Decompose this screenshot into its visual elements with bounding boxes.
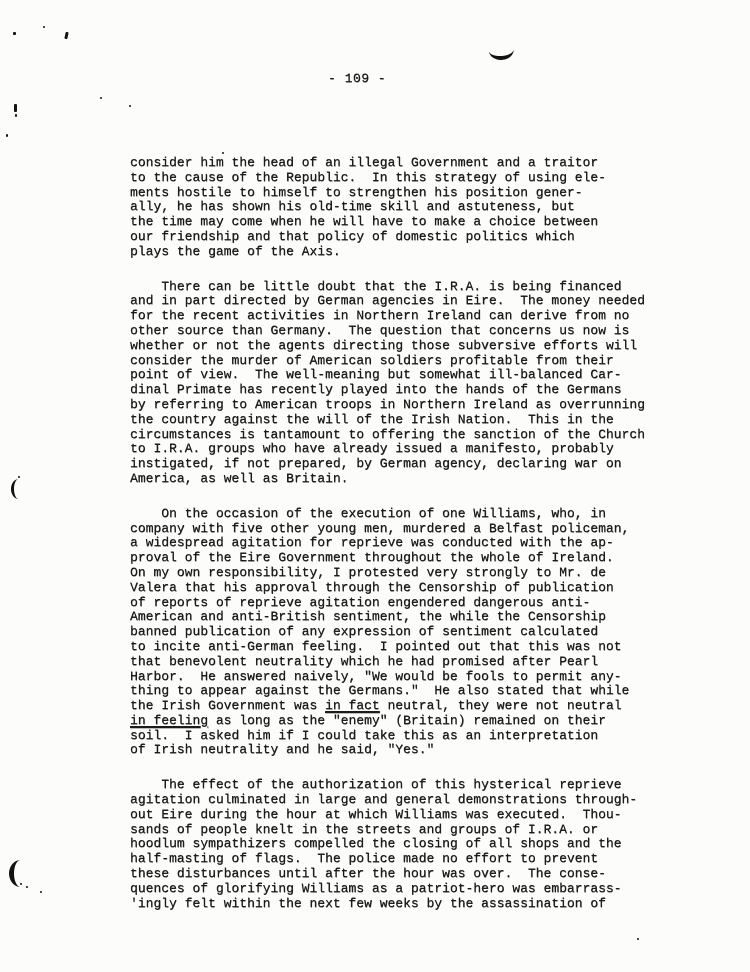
ink-speck [43, 26, 45, 28]
text-line: company with five other young men, murde… [130, 522, 650, 537]
text-line: thing to appear against the Germans." He… [130, 684, 650, 699]
text-line: America, as well as Britain. [130, 472, 650, 487]
text-line: consider the murder of American soldiers… [130, 354, 650, 369]
scanned-document-page: - 109 - consider him the head of an ille… [0, 0, 750, 972]
text-line: our friendship and that policy of domest… [130, 230, 650, 245]
paragraph: The effect of the authorization of this … [130, 778, 650, 911]
ink-speck [222, 152, 224, 154]
text-line: the Irish Government was in fact neutral… [130, 699, 650, 714]
pen-curve-mark [489, 45, 515, 61]
paragraph: On the occasion of the execution of one … [130, 507, 650, 759]
text-line: quences of glorifying Williams as a patr… [130, 882, 650, 897]
text-line: and in part directed by German agencies … [130, 294, 650, 309]
text-line: plays the game of the Axis. [130, 245, 650, 260]
ink-speck [129, 105, 131, 107]
text-line: a widespread agitation for reprieve was … [130, 536, 650, 551]
text-line: for the recent activities in Northern Ir… [130, 309, 650, 324]
text-line: by referring to American troops in North… [130, 398, 650, 413]
ink-speck [637, 938, 639, 940]
text-line: Valera that his approval through the Cen… [130, 581, 650, 596]
ink-speck [13, 32, 16, 35]
text-line: soil. I asked him if I could take this a… [130, 729, 650, 744]
text-line: to incite anti-German feeling. I pointed… [130, 640, 650, 655]
text-line: On the occasion of the execution of one … [130, 507, 650, 522]
ink-speck [20, 883, 22, 885]
text-line: consider him the head of an illegal Gove… [130, 156, 650, 171]
document-body: consider him the head of an illegal Gove… [130, 156, 650, 931]
text-line: dinal Primate has recently played into t… [130, 383, 650, 398]
text-line: hoodlum sympathizers compelled the closi… [130, 837, 650, 852]
text-line: circumstances is tantamount to offering … [130, 428, 650, 443]
ink-smudge [14, 104, 17, 112]
page-number: - 109 - [328, 71, 386, 86]
text-line: of reports of reprieve agitation engende… [130, 596, 650, 611]
ink-speck [26, 886, 28, 888]
text-line: ally, he has shown his old-time skill an… [130, 200, 650, 215]
text-line: out Eire during the hour at which Willia… [130, 808, 650, 823]
text-line: agitation culminated in large and genera… [130, 793, 650, 808]
text-line: the country against the will of the Iris… [130, 413, 650, 428]
text-line: to I.R.A. groups who have already issued… [130, 442, 650, 457]
text-line: American and anti-British sentiment, the… [130, 610, 650, 625]
text-line: proval of the Eire Government throughout… [130, 551, 650, 566]
text-line: of Irish neutrality and he said, "Yes." [130, 743, 650, 758]
text-line: other source than Germany. The question … [130, 324, 650, 339]
paragraph: There can be little doubt that the I.R.A… [130, 280, 650, 487]
text-line: Harbor. He answered naively, "We would b… [130, 670, 650, 685]
margin-paren-mark [9, 860, 27, 887]
paragraph: consider him the head of an illegal Gove… [130, 156, 650, 260]
text-line: There can be little doubt that the I.R.A… [130, 280, 650, 295]
text-line: instigated, if not prepared, by German a… [130, 457, 650, 472]
text-line: ments hostile to himself to strengthen h… [130, 186, 650, 201]
text-line: in feeling as long as the "enemy" (Brita… [130, 714, 650, 729]
text-line: the time may come when he will have to m… [130, 215, 650, 230]
text-line: whether or not the agents directing thos… [130, 339, 650, 354]
text-line: sands of people knelt in the streets and… [130, 823, 650, 838]
ink-speck [40, 891, 42, 893]
text-line: to the cause of the Republic. In this st… [130, 171, 650, 186]
text-line: The effect of the authorization of this … [130, 778, 650, 793]
text-line: On my own responsibility, I protested ve… [130, 566, 650, 581]
ink-speck [6, 134, 8, 137]
margin-paren-mark [11, 479, 23, 499]
text-line: banned publication of any expression of … [130, 625, 650, 640]
text-line: that benevolent neutrality which he had … [130, 655, 650, 670]
text-line: these disturbances until after the hour … [130, 867, 650, 882]
ink-speck [100, 97, 102, 99]
ink-speck [15, 114, 17, 117]
ink-speck [18, 476, 20, 478]
text-line: half-masting of flags. The police made n… [130, 852, 650, 867]
text-line: point of view. The well-meaning but some… [130, 368, 650, 383]
ink-smudge [64, 32, 68, 39]
text-line: 'ingly felt within the next few weeks by… [130, 897, 650, 912]
